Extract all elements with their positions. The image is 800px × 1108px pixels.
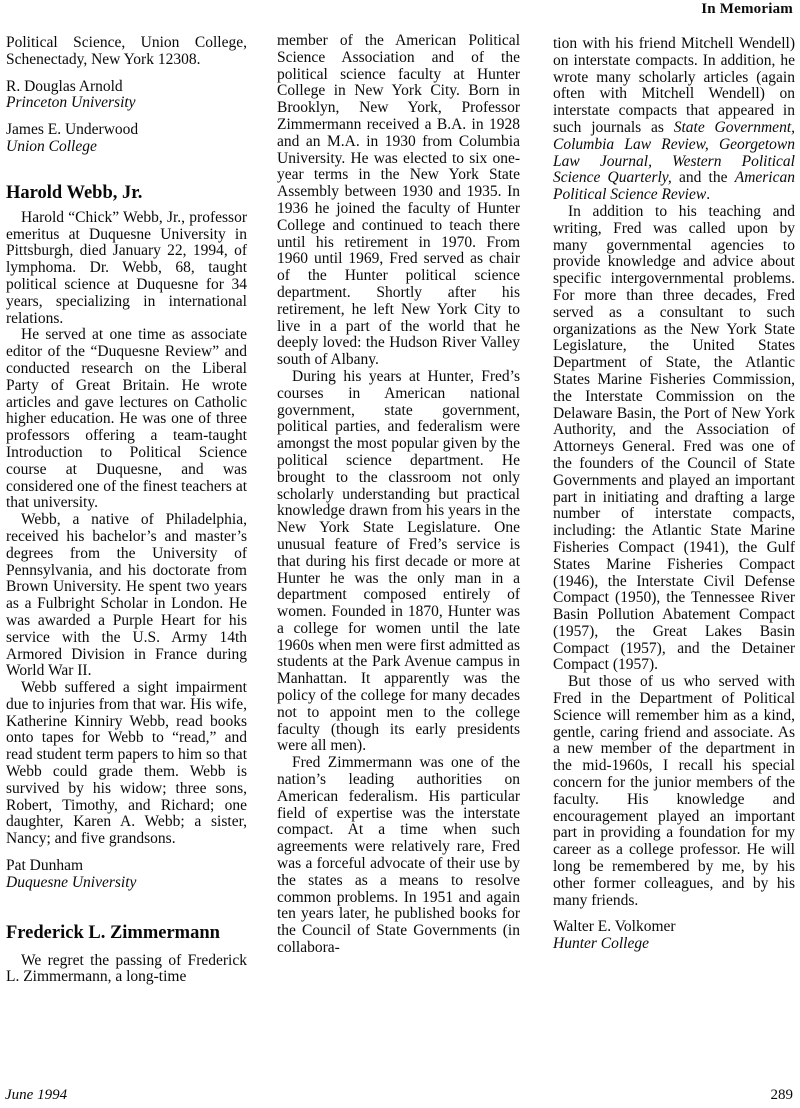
signature-affiliation: Duquesne University: [6, 875, 247, 892]
page-number: 289: [771, 1087, 794, 1104]
signature-block: R. Douglas Arnold Princeton University: [6, 79, 247, 113]
obituary-paragraph: member of the American Political Science…: [277, 33, 520, 369]
signature-name: Pat Dunham: [6, 858, 247, 875]
continuation-paragraph: Political Science, Union College, Schene…: [6, 35, 247, 69]
signature-name: R. Douglas Arnold: [6, 79, 247, 96]
signature-affiliation: Union College: [6, 139, 247, 156]
obituary-paragraph: He served at one time as associate edito…: [6, 327, 247, 512]
obituary-paragraph: Webb suffered a sight impairment due to …: [6, 680, 247, 848]
obituary-paragraph: But those of us who served with Fred in …: [553, 674, 795, 909]
obituary-paragraph-journals: tion with his friend Mitchell Wendell) o…: [553, 36, 795, 204]
obituary-heading-webb: Harold Webb, Jr.: [6, 183, 247, 203]
signature-block: Walter E. Volkomer Hunter College: [553, 919, 795, 953]
obituary-paragraph: Fred Zimmermann was one of the nation’s …: [277, 755, 520, 957]
signature-name: Walter E. Volkomer: [553, 919, 795, 936]
signature-name: James E. Underwood: [6, 122, 247, 139]
obituary-paragraph: During his years at Hunter, Fred’s cours…: [277, 369, 520, 755]
obituary-paragraph: We regret the passing of Frederick L. Zi…: [6, 953, 247, 987]
signature-block: Pat Dunham Duquesne University: [6, 858, 247, 892]
signature-affiliation: Hunter College: [553, 936, 795, 953]
footer-issue-date: June 1994: [5, 1087, 67, 1104]
text-column-1: Political Science, Union College, Schene…: [6, 35, 247, 986]
journal-page: In Memoriam Political Science, Union Col…: [0, 0, 800, 1108]
signature-block: James E. Underwood Union College: [6, 122, 247, 156]
signature-affiliation: Princeton University: [6, 95, 247, 112]
text-column-3: tion with his friend Mitchell Wendell) o…: [553, 36, 795, 953]
obituary-paragraph: In addition to his teaching and writing,…: [553, 204, 795, 674]
obituary-paragraph: Webb, a native of Philadelphia, received…: [6, 512, 247, 680]
running-head: In Memoriam: [701, 1, 793, 18]
text-column-2: member of the American Political Science…: [277, 33, 520, 957]
obituary-paragraph: Harold “Chick” Webb, Jr., professor emer…: [6, 210, 247, 328]
obituary-heading-zimmermann: Frederick L. Zimmermann: [6, 923, 247, 943]
